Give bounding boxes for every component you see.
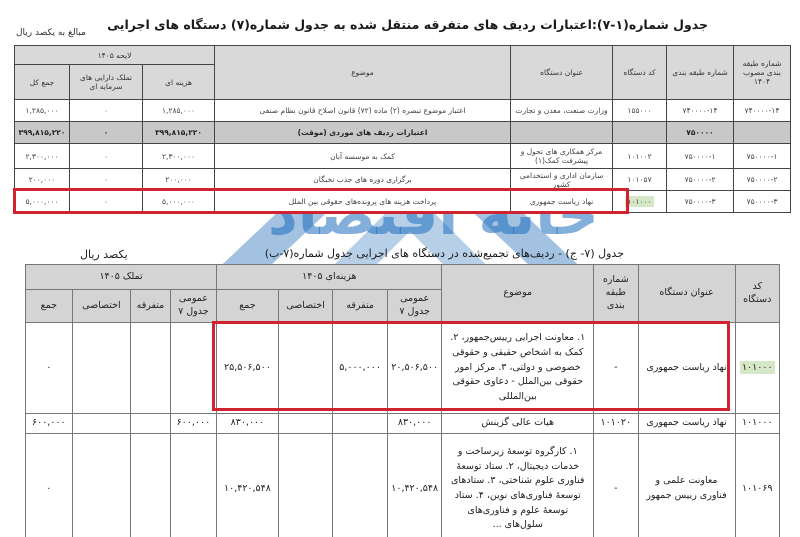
cell-cap-special — [72, 323, 131, 414]
cell-exp-special — [278, 414, 333, 434]
cell-total: ۱,۲۸۵,۰۰۰ — [15, 100, 70, 122]
cell-approved-class-no: ۷۵۰۰۰۰-۳ — [734, 191, 791, 213]
cell-exp-misc — [333, 414, 388, 434]
cell-class-no: ۷۵۰۰۰۰-۳ — [667, 191, 734, 213]
bottom-table: کد دستگاه عنوان دستگاه شماره طبقه بندی م… — [25, 264, 780, 537]
cell-expense: ۲۰۰,۰۰۰ — [143, 169, 215, 191]
table-row: ۷۴۰۰۰۰-۱۴ ۷۴۰۰۰۰-۱۴ ۱۵۵۰۰۰ وزارت صنعت، م… — [15, 100, 791, 122]
cell-agency-code: ۱۰۱۰۰۰ — [735, 414, 779, 434]
cell-agency-title: معاونت علمی و فناوری رییس جمهور — [638, 434, 735, 537]
cell-expense: ۳۹۹,۸۱۵,۲۲۰ — [143, 122, 215, 144]
top-table: شماره طبقه بندی مصوب ۱۴۰۴ شماره طبقه بند… — [14, 45, 791, 213]
header-exp-sum: جمع — [217, 290, 279, 323]
header-exp-general: عمومی جدول ۷ — [387, 290, 442, 323]
cell-subject: برگزاری دوره های جذب نخبگان — [215, 169, 511, 191]
header-subject: موضوع — [442, 265, 594, 323]
cell-exp-general: ۲۰,۵۰۶,۵۰۰ — [387, 323, 442, 414]
table-row: ۷۵۰۰۰۰-۲ ۷۵۰۰۰۰-۲ ۱۰۱۰۵۷ سازمان اداری و … — [15, 169, 791, 191]
subtotal-row: ۷۵۰۰۰۰ اعتبارات ردیف های موردی (موقت) ۳۹… — [15, 122, 791, 144]
header-cap-special: اختصاصی — [72, 290, 131, 323]
header-exp-misc: متفرقه — [333, 290, 388, 323]
header-class-no: شماره طبقه بندی — [594, 265, 638, 323]
cell-exp-special — [278, 434, 333, 537]
cell-agency-code — [613, 122, 667, 144]
cell-agency-code: ۱۰۱۰۶۹ — [735, 434, 779, 537]
cell-subject: ۱. معاونت اجرایی رییس‌جمهور، ۲. کمک به ا… — [442, 323, 594, 414]
bottom-table-unit-note: یکصد ریال — [80, 248, 128, 261]
top-table-unit-note: مبالغ به یکصد ریال — [16, 28, 86, 38]
cell-cap-sum: ۰ — [26, 434, 73, 537]
cell-agency-title: وزارت صنعت، معدن و تجارت — [511, 100, 613, 122]
cell-capital: ۰ — [70, 191, 143, 213]
header-subject: موضوع — [215, 46, 511, 100]
cell-capital: ۰ — [70, 169, 143, 191]
cell-subject: کمک به موسسه آبان — [215, 144, 511, 169]
cell-exp-misc — [333, 434, 388, 537]
cell-cap-general — [170, 323, 216, 414]
header-cap-misc: متفرقه — [131, 290, 170, 323]
cell-subject: ۱. کارگروه توسعهٔ زیرساخت و خدمات دیجیتا… — [442, 434, 594, 537]
cell-agency-title: نهاد ریاست جمهوری — [511, 191, 613, 213]
header-expense: هزینه ای — [143, 65, 215, 100]
header-cap-general: عمومی جدول ۷ — [170, 290, 216, 323]
cell-agency-title: نهاد ریاست جمهوری — [638, 323, 735, 414]
cell-agency-code: ۱۰۱۰۰۰ — [735, 323, 779, 414]
cell-subject: پرداخت هزینه های پرونده‌های حقوقی بین ال… — [215, 191, 511, 213]
cell-cap-misc — [131, 434, 170, 537]
cell-agency-title — [511, 122, 613, 144]
cell-exp-sum: ۱۰,۴۲۰,۵۴۸ — [217, 434, 279, 537]
cell-agency-title: نهاد ریاست جمهوری — [638, 414, 735, 434]
header-capital: تملک دارایی های سرمایه ای — [70, 65, 143, 100]
cell-agency-code: ۱۰۱۰۰۰ — [613, 191, 667, 213]
cell-class-no: ۷۴۰۰۰۰-۱۴ — [667, 100, 734, 122]
header-total: جمع کل — [15, 65, 70, 100]
header-cap-sum: جمع — [26, 290, 73, 323]
header-agency-code: کد دستگاه — [613, 46, 667, 100]
cell-capital: ۰ — [70, 122, 143, 144]
bottom-table-title: جدول (۷- ج) - ردیف‌های تجمیع‌شده در دستگ… — [265, 247, 624, 260]
cell-class-no: ۷۵۰۰۰۰-۲ — [667, 169, 734, 191]
cell-cap-sum: ۶۰۰,۰۰۰ — [26, 414, 73, 434]
cell-cap-sum: ۰ — [26, 323, 73, 414]
header-agency-title: عنوان دستگاه — [511, 46, 613, 100]
cell-cap-misc — [131, 414, 170, 434]
cell-exp-general: ۸۳۰,۰۰۰ — [387, 414, 442, 434]
header-exp-special: اختصاصی — [278, 290, 333, 323]
cell-exp-sum: ۲۵,۵۰۶,۵۰۰ — [217, 323, 279, 414]
cell-agency-code: ۱۰۱۰۰۲ — [613, 144, 667, 169]
cell-exp-general: ۱۰,۴۲۰,۵۴۸ — [387, 434, 442, 537]
header-bill-group: لایحه ۱۴۰۵ — [15, 46, 215, 65]
cell-class-no: ۱۰۱۰۲۰ — [594, 414, 638, 434]
cell-approved-class-no: ۷۵۰۰۰۰-۲ — [734, 169, 791, 191]
highlighted-agency-code: ۱۰۱۰۰۰ — [625, 196, 653, 207]
cell-agency-code: ۱۵۵۰۰۰ — [613, 100, 667, 122]
cell-agency-title: مرکز همکاری های تحول و پیشرفت کمک(۱) — [511, 144, 613, 169]
cell-total: ۲۰۰,۰۰۰ — [15, 169, 70, 191]
cell-cap-special — [72, 414, 131, 434]
cell-approved-class-no: ۷۵۰۰۰۰-۱ — [734, 144, 791, 169]
top-table-title: جدول شماره(۱-۷):اعتبارات ردیف های متفرقه… — [107, 17, 708, 32]
highlighted-agency-code: ۱۰۱۰۰۰ — [740, 361, 775, 374]
cell-agency-title: سازمان اداری و استخدامی کشور — [511, 169, 613, 191]
cell-total: ۳۹۹,۸۱۵,۲۲۰ — [15, 122, 70, 144]
cell-expense: ۵,۰۰۰,۰۰۰ — [143, 191, 215, 213]
header-capital-group: تملک ۱۴۰۵ — [26, 265, 217, 290]
cell-cap-special — [72, 434, 131, 537]
cell-exp-misc: ۵,۰۰۰,۰۰۰ — [333, 323, 388, 414]
table-row: ۱۰۱۰۰۰ نهاد ریاست جمهوری ۱۰۱۰۲۰ هیات عال… — [26, 414, 780, 434]
cell-class-no: - — [594, 434, 638, 537]
cell-capital: ۰ — [70, 144, 143, 169]
cell-approved-class-no — [734, 122, 791, 144]
cell-approved-class-no: ۷۴۰۰۰۰-۱۴ — [734, 100, 791, 122]
cell-class-no: ۷۵۰۰۰۰ — [667, 122, 734, 144]
header-approved-class-no: شماره طبقه بندی مصوب ۱۴۰۴ — [734, 46, 791, 100]
highlighted-row: ۱۰۱۰۰۰ نهاد ریاست جمهوری - ۱. معاونت اجر… — [26, 323, 780, 414]
cell-expense: ۲,۳۰۰,۰۰۰ — [143, 144, 215, 169]
cell-exp-special — [278, 323, 333, 414]
cell-subject: هیات عالی گزینش — [442, 414, 594, 434]
cell-cap-misc — [131, 323, 170, 414]
cell-agency-code: ۱۰۱۰۵۷ — [613, 169, 667, 191]
cell-total: ۲,۳۰۰,۰۰۰ — [15, 144, 70, 169]
header-agency-code: کد دستگاه — [735, 265, 779, 323]
table-row: ۷۵۰۰۰۰-۱ ۷۵۰۰۰۰-۱ ۱۰۱۰۰۲ مرکز همکاری های… — [15, 144, 791, 169]
cell-class-no: ۷۵۰۰۰۰-۱ — [667, 144, 734, 169]
header-class-no: شماره طبقه بندی — [667, 46, 734, 100]
cell-cap-general — [170, 434, 216, 537]
cell-subject: اعتبار موضوع تبصره (۲) ماده (۷۲) قانون ا… — [215, 100, 511, 122]
cell-exp-sum: ۸۳۰,۰۰۰ — [217, 414, 279, 434]
cell-expense: ۱,۲۸۵,۰۰۰ — [143, 100, 215, 122]
highlighted-row: ۷۵۰۰۰۰-۳ ۷۵۰۰۰۰-۳ ۱۰۱۰۰۰ نهاد ریاست جمهو… — [15, 191, 791, 213]
header-expense-group: هزینه‌ای ۱۴۰۵ — [217, 265, 442, 290]
header-agency-title: عنوان دستگاه — [638, 265, 735, 323]
table-row: ۱۰۱۰۶۹ معاونت علمی و فناوری رییس جمهور -… — [26, 434, 780, 537]
cell-cap-general: ۶۰۰,۰۰۰ — [170, 414, 216, 434]
cell-class-no: - — [594, 323, 638, 414]
cell-capital: ۰ — [70, 100, 143, 122]
cell-subject: اعتبارات ردیف های موردی (موقت) — [215, 122, 511, 144]
cell-total: ۵,۰۰۰,۰۰۰ — [15, 191, 70, 213]
